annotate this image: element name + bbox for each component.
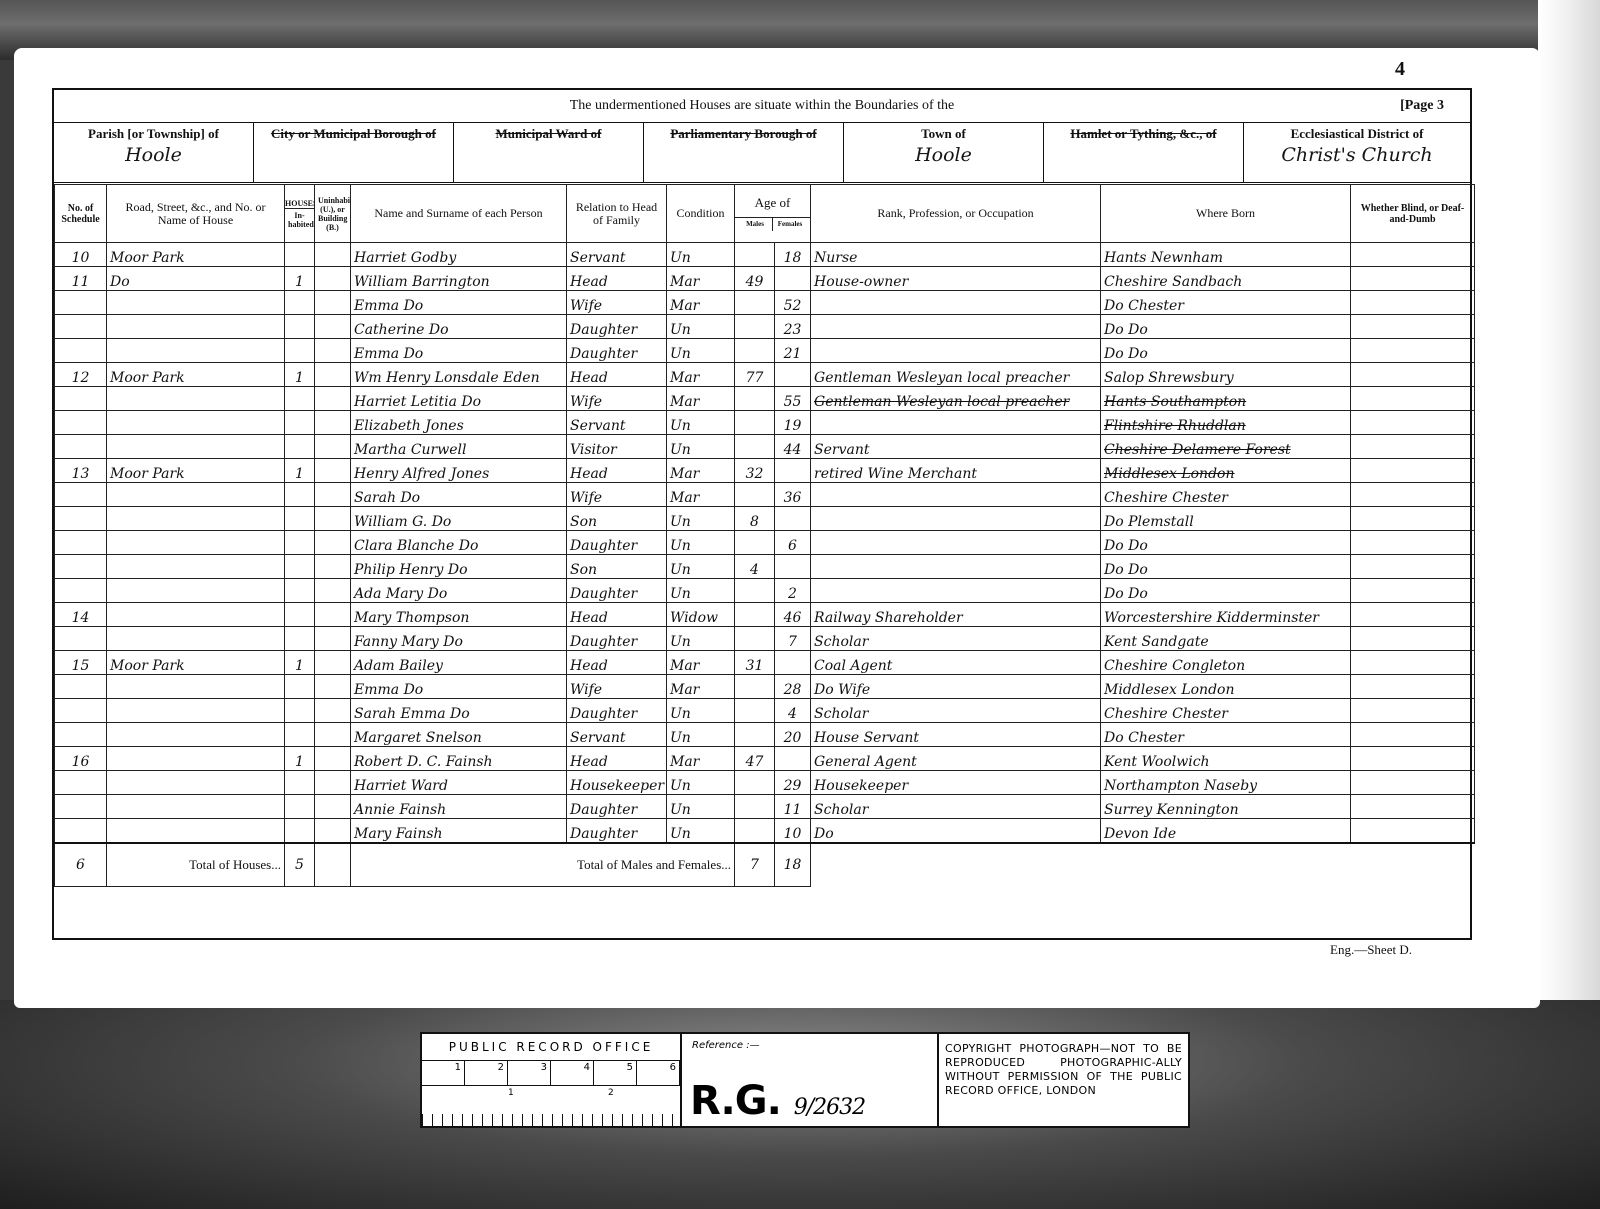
form-banner: The undermentioned Houses are situate wi… — [54, 90, 1470, 123]
person-name: William Barrington — [351, 267, 567, 291]
infirmity — [1351, 507, 1475, 531]
infirmity — [1351, 483, 1475, 507]
district-label: Parish [or Township] of — [88, 126, 219, 141]
female-age: 23 — [775, 315, 811, 339]
inhabited-count — [285, 627, 315, 651]
relation: Daughter — [567, 819, 667, 843]
female-age: 21 — [775, 339, 811, 363]
uninhabited — [315, 771, 351, 795]
uninhabited — [315, 315, 351, 339]
occupation: Scholar — [811, 627, 1101, 651]
page-label: [Page 3 — [1400, 90, 1444, 122]
road-name — [107, 747, 285, 771]
male-age: 31 — [735, 651, 775, 675]
table-row: Harriet WardHousekeeperUn29HousekeeperNo… — [55, 771, 1475, 795]
uninhabited — [315, 291, 351, 315]
female-age — [775, 267, 811, 291]
district-label: Municipal Ward of — [496, 126, 602, 141]
female-age: 46 — [775, 603, 811, 627]
male-age — [735, 435, 775, 459]
male-age — [735, 483, 775, 507]
condition: Mar — [667, 675, 735, 699]
uninhabited — [315, 675, 351, 699]
male-age — [735, 819, 775, 843]
female-age: 28 — [775, 675, 811, 699]
infirmity — [1351, 651, 1475, 675]
male-age — [735, 627, 775, 651]
male-age — [735, 603, 775, 627]
digit-cell: 2 — [465, 1061, 508, 1085]
total-females: 18 — [775, 843, 811, 887]
col-uninhabited: Uninhabited (U.), or Building (B.) — [315, 185, 351, 243]
table-row: William G. DoSonUn8Do Plemstall — [55, 507, 1475, 531]
infirmity — [1351, 747, 1475, 771]
uninhabited — [315, 627, 351, 651]
occupation — [811, 339, 1101, 363]
schedule-number: 11 — [55, 267, 107, 291]
birthplace: Do Do — [1101, 579, 1351, 603]
male-age — [735, 531, 775, 555]
person-name: Elizabeth Jones — [351, 411, 567, 435]
table-row: 14Mary ThompsonHeadWidow46Railway Shareh… — [55, 603, 1475, 627]
road-name — [107, 339, 285, 363]
inhabited-count — [285, 339, 315, 363]
condition: Mar — [667, 483, 735, 507]
uninhabited — [315, 435, 351, 459]
schedule-number — [55, 483, 107, 507]
person-name: Margaret Snelson — [351, 723, 567, 747]
occupation: House-owner — [811, 267, 1101, 291]
condition: Mar — [667, 651, 735, 675]
condition: Un — [667, 315, 735, 339]
table-row: 13Moor Park1Henry Alfred JonesHeadMar32r… — [55, 459, 1475, 483]
sheet-mark: Eng.—Sheet D. — [1330, 942, 1412, 958]
inhabited-count — [285, 243, 315, 267]
birthplace: Salop Shrewsbury — [1101, 363, 1351, 387]
occupation: Servant — [811, 435, 1101, 459]
person-name: William G. Do — [351, 507, 567, 531]
table-row: Clara Blanche DoDaughterUn6Do Do — [55, 531, 1475, 555]
person-name: Emma Do — [351, 339, 567, 363]
female-age: 52 — [775, 291, 811, 315]
schedule-number: 12 — [55, 363, 107, 387]
male-age — [735, 411, 775, 435]
inhabited-count — [285, 531, 315, 555]
occupation — [811, 291, 1101, 315]
female-age: 2 — [775, 579, 811, 603]
female-age — [775, 651, 811, 675]
relation: Wife — [567, 387, 667, 411]
district-cell: Parish [or Township] ofHoole — [54, 122, 254, 182]
male-age — [735, 795, 775, 819]
relation: Servant — [567, 243, 667, 267]
col-occupation: Rank, Profession, or Occupation — [811, 185, 1101, 243]
person-name: Fanny Mary Do — [351, 627, 567, 651]
male-age — [735, 723, 775, 747]
road-name — [107, 435, 285, 459]
table-row: Fanny Mary DoDaughterUn7ScholarKent Sand… — [55, 627, 1475, 651]
male-age — [735, 699, 775, 723]
female-age — [775, 363, 811, 387]
road-name: Moor Park — [107, 651, 285, 675]
occupation — [811, 411, 1101, 435]
record-office-title: PUBLIC RECORD OFFICE — [422, 1034, 680, 1061]
female-age: 10 — [775, 819, 811, 843]
person-name: Clara Blanche Do — [351, 531, 567, 555]
occupation — [811, 507, 1101, 531]
birthplace: Flintshire Rhuddlan — [1101, 411, 1351, 435]
person-name: Mary Thompson — [351, 603, 567, 627]
col-road: Road, Street, &c., and No. or Name of Ho… — [107, 185, 285, 243]
condition: Un — [667, 555, 735, 579]
birthplace: Do Chester — [1101, 723, 1351, 747]
female-age: 11 — [775, 795, 811, 819]
col-age: Age of Males Females — [735, 185, 811, 243]
road-name — [107, 699, 285, 723]
road-name — [107, 483, 285, 507]
col-females: Females — [772, 218, 807, 231]
table-header-row: No. of Schedule Road, Street, &c., and N… — [55, 185, 1475, 243]
infirmity — [1351, 723, 1475, 747]
condition: Un — [667, 507, 735, 531]
col-males: Males — [738, 218, 772, 231]
person-name: Harriet Ward — [351, 771, 567, 795]
road-name: Moor Park — [107, 459, 285, 483]
district-cell: Hamlet or Tything, &c., of — [1044, 122, 1244, 182]
relation: Wife — [567, 483, 667, 507]
col-age-label: Age of — [735, 196, 810, 218]
district-label: City or Municipal Borough of — [271, 126, 436, 141]
inhabited-count — [285, 819, 315, 843]
total-empty — [315, 843, 351, 887]
uninhabited — [315, 603, 351, 627]
digit-cell: 6 — [637, 1061, 680, 1085]
inhabited-count — [285, 603, 315, 627]
schedule-number: 15 — [55, 651, 107, 675]
male-age: 4 — [735, 555, 775, 579]
table-row: 10Moor ParkHarriet GodbyServantUn18Nurse… — [55, 243, 1475, 267]
condition: Un — [667, 411, 735, 435]
occupation — [811, 555, 1101, 579]
table-row: Emma DoDaughterUn21Do Do — [55, 339, 1475, 363]
infirmity — [1351, 531, 1475, 555]
condition: Un — [667, 531, 735, 555]
totals-row: 6 Total of Houses... 5 Total of Males an… — [55, 843, 1475, 887]
occupation — [811, 315, 1101, 339]
copyright-notice: COPYRIGHT PHOTOGRAPH—NOT TO BE REPRODUCE… — [939, 1034, 1188, 1126]
infirmity — [1351, 603, 1475, 627]
road-name: Do — [107, 267, 285, 291]
reference-box: Reference :— R.G. 9/2632 — [682, 1034, 939, 1126]
road-name — [107, 603, 285, 627]
infirmity — [1351, 675, 1475, 699]
road-name — [107, 771, 285, 795]
female-age: 44 — [775, 435, 811, 459]
female-age: 19 — [775, 411, 811, 435]
table-row: Emma DoWifeMar28Do WifeMiddlesex London — [55, 675, 1475, 699]
male-age — [735, 243, 775, 267]
infirmity — [1351, 459, 1475, 483]
inhabited-count — [285, 387, 315, 411]
road-name — [107, 387, 285, 411]
uninhabited — [315, 699, 351, 723]
district-cell: Parliamentary Borough of — [644, 122, 844, 182]
birthplace: Devon Ide — [1101, 819, 1351, 843]
birthplace: Kent Woolwich — [1101, 747, 1351, 771]
occupation: Scholar — [811, 699, 1101, 723]
road-name: Moor Park — [107, 243, 285, 267]
female-age — [775, 507, 811, 531]
person-name: Emma Do — [351, 291, 567, 315]
schedule-number — [55, 435, 107, 459]
inhabited-count: 1 — [285, 267, 315, 291]
district-label: Hamlet or Tything, &c., of — [1070, 126, 1216, 141]
digit-cell: 5 — [594, 1061, 637, 1085]
occupation: Do Wife — [811, 675, 1101, 699]
record-office-label: PUBLIC RECORD OFFICE 123456 1 2 Referenc… — [420, 1032, 1190, 1128]
male-age — [735, 579, 775, 603]
reference-prefix: R.G. — [690, 1078, 781, 1124]
total-blank — [811, 843, 1475, 887]
female-age: 20 — [775, 723, 811, 747]
relation: Servant — [567, 723, 667, 747]
birthplace: Cheshire Chester — [1101, 699, 1351, 723]
condition: Mar — [667, 363, 735, 387]
col-born: Where Born — [1101, 185, 1351, 243]
person-name: Harriet Letitia Do — [351, 387, 567, 411]
infirmity — [1351, 819, 1475, 843]
occupation: Coal Agent — [811, 651, 1101, 675]
birthplace: Do Do — [1101, 315, 1351, 339]
relation: Son — [567, 555, 667, 579]
female-age: 55 — [775, 387, 811, 411]
ruler-mark: 1 — [508, 1088, 514, 1098]
table-row: Catherine DoDaughterUn23Do Do — [55, 315, 1475, 339]
reference-label: Reference :— — [692, 1040, 760, 1051]
col-relation: Relation to Head of Family — [567, 185, 667, 243]
inhabited-count — [285, 699, 315, 723]
schedule-number: 14 — [55, 603, 107, 627]
uninhabited — [315, 819, 351, 843]
female-age: 4 — [775, 699, 811, 723]
condition: Mar — [667, 387, 735, 411]
condition: Mar — [667, 267, 735, 291]
female-age — [775, 459, 811, 483]
occupation: Nurse — [811, 243, 1101, 267]
person-name: Sarah Do — [351, 483, 567, 507]
birthplace: Hants Southampton — [1101, 387, 1351, 411]
relation: Wife — [567, 291, 667, 315]
birthplace: Northampton Naseby — [1101, 771, 1351, 795]
male-age — [735, 387, 775, 411]
page-edge — [1538, 0, 1600, 1000]
inhabited-count — [285, 507, 315, 531]
male-age — [735, 339, 775, 363]
schedule-number — [55, 795, 107, 819]
male-age — [735, 675, 775, 699]
table-row: Emma DoWifeMar52Do Chester — [55, 291, 1475, 315]
male-age — [735, 771, 775, 795]
birthplace: Middlesex London — [1101, 675, 1351, 699]
relation: Head — [567, 267, 667, 291]
infirmity — [1351, 795, 1475, 819]
table-row: Martha CurwellVisitorUn44ServantCheshire… — [55, 435, 1475, 459]
female-age: 6 — [775, 531, 811, 555]
table-row: Margaret SnelsonServantUn20House Servant… — [55, 723, 1475, 747]
schedule-number — [55, 771, 107, 795]
female-age — [775, 747, 811, 771]
road-name — [107, 795, 285, 819]
relation: Wife — [567, 675, 667, 699]
inhabited-count — [285, 723, 315, 747]
relation: Head — [567, 603, 667, 627]
birthplace: Surrey Kennington — [1101, 795, 1351, 819]
infirmity — [1351, 411, 1475, 435]
col-schedule: No. of Schedule — [55, 185, 107, 243]
person-name: Philip Henry Do — [351, 555, 567, 579]
person-name: Emma Do — [351, 675, 567, 699]
condition: Un — [667, 723, 735, 747]
condition: Un — [667, 699, 735, 723]
condition: Mar — [667, 459, 735, 483]
digit-cell: 3 — [508, 1061, 551, 1085]
condition: Mar — [667, 747, 735, 771]
road-name — [107, 411, 285, 435]
district-label: Town of — [921, 126, 966, 141]
condition: Un — [667, 579, 735, 603]
road-name — [107, 675, 285, 699]
person-name: Mary Fainsh — [351, 819, 567, 843]
condition: Un — [667, 819, 735, 843]
road-name — [107, 723, 285, 747]
condition: Widow — [667, 603, 735, 627]
male-age — [735, 291, 775, 315]
inhabited-count — [285, 483, 315, 507]
folio-number: 4 — [1395, 58, 1405, 81]
col-inhabited-label: In-habited — [288, 211, 314, 229]
inhabited-count — [285, 315, 315, 339]
inhabited-count: 1 — [285, 747, 315, 771]
birthplace: Cheshire Delamere Forest — [1101, 435, 1351, 459]
ruler-scale: 1 2 — [422, 1086, 680, 1126]
occupation — [811, 579, 1101, 603]
condition: Un — [667, 771, 735, 795]
person-name: Harriet Godby — [351, 243, 567, 267]
road-name — [107, 579, 285, 603]
road-name — [107, 315, 285, 339]
person-name: Martha Curwell — [351, 435, 567, 459]
uninhabited — [315, 651, 351, 675]
uninhabited — [315, 531, 351, 555]
relation: Head — [567, 363, 667, 387]
district-cell: Municipal Ward of — [454, 122, 644, 182]
reference-number: 9/2632 — [794, 1095, 865, 1120]
relation: Housekeeper — [567, 771, 667, 795]
table-row: Ada Mary DoDaughterUn2Do Do — [55, 579, 1475, 603]
road-name — [107, 555, 285, 579]
schedule-number — [55, 387, 107, 411]
uninhabited — [315, 243, 351, 267]
table-row: Mary FainshDaughterUn10DoDevon Ide — [55, 819, 1475, 843]
male-age — [735, 315, 775, 339]
occupation: Housekeeper — [811, 771, 1101, 795]
relation: Head — [567, 459, 667, 483]
inhabited-count — [285, 411, 315, 435]
condition: Un — [667, 435, 735, 459]
female-age: 36 — [775, 483, 811, 507]
relation: Daughter — [567, 315, 667, 339]
uninhabited — [315, 339, 351, 363]
female-age: 18 — [775, 243, 811, 267]
person-name: Sarah Emma Do — [351, 699, 567, 723]
birthplace: Do Do — [1101, 339, 1351, 363]
table-row: 11Do1William BarringtonHeadMar49House-ow… — [55, 267, 1475, 291]
district-cell: City or Municipal Borough of — [254, 122, 454, 182]
female-age: 29 — [775, 771, 811, 795]
condition: Mar — [667, 291, 735, 315]
schedule-number — [55, 531, 107, 555]
uninhabited — [315, 387, 351, 411]
schedule-number — [55, 411, 107, 435]
inhabited-count — [285, 291, 315, 315]
birthplace: Middlesex London — [1101, 459, 1351, 483]
uninhabited — [315, 267, 351, 291]
col-houses: HOUSES — [285, 199, 314, 209]
occupation: Gentleman Wesleyan local preacher — [811, 363, 1101, 387]
district-label: Parliamentary Borough of — [670, 126, 816, 141]
male-age: 8 — [735, 507, 775, 531]
road-name: Moor Park — [107, 363, 285, 387]
inhabited-count: 1 — [285, 651, 315, 675]
ruler-mark: 2 — [608, 1088, 614, 1098]
birthplace: Cheshire Congleton — [1101, 651, 1351, 675]
relation: Head — [567, 651, 667, 675]
relation: Head — [567, 747, 667, 771]
banner-text: The undermentioned Houses are situate wi… — [570, 98, 955, 113]
road-name — [107, 507, 285, 531]
table-row: Elizabeth JonesServantUn19Flintshire Rhu… — [55, 411, 1475, 435]
female-age — [775, 555, 811, 579]
table-row: 161Robert D. C. FainshHeadMar47General A… — [55, 747, 1475, 771]
infirmity — [1351, 771, 1475, 795]
schedule-number — [55, 291, 107, 315]
schedule-number — [55, 819, 107, 843]
male-age: 49 — [735, 267, 775, 291]
table-row: Harriet Letitia DoWifeMar55Gentleman Wes… — [55, 387, 1475, 411]
district-value: Hoole — [54, 144, 253, 166]
condition: Un — [667, 243, 735, 267]
schedule-number — [55, 339, 107, 363]
digit-cell: 4 — [551, 1061, 594, 1085]
digit-cell: 1 — [422, 1061, 465, 1085]
schedule-number — [55, 579, 107, 603]
infirmity — [1351, 363, 1475, 387]
record-office-box: PUBLIC RECORD OFFICE 123456 1 2 — [422, 1034, 682, 1126]
birthplace: Do Do — [1101, 531, 1351, 555]
district-cell: Ecclesiastical District ofChrist's Churc… — [1244, 122, 1470, 182]
district-cell: Town ofHoole — [844, 122, 1044, 182]
inhabited-count: 1 — [285, 459, 315, 483]
census-table: No. of Schedule Road, Street, &c., and N… — [54, 184, 1475, 887]
table-row: Annie FainshDaughterUn11ScholarSurrey Ke… — [55, 795, 1475, 819]
inhabited-count — [285, 675, 315, 699]
occupation: Railway Shareholder — [811, 603, 1101, 627]
census-form: The undermentioned Houses are situate wi… — [52, 88, 1472, 940]
infirmity — [1351, 699, 1475, 723]
infirmity — [1351, 387, 1475, 411]
uninhabited — [315, 795, 351, 819]
birthplace: Do Plemstall — [1101, 507, 1351, 531]
